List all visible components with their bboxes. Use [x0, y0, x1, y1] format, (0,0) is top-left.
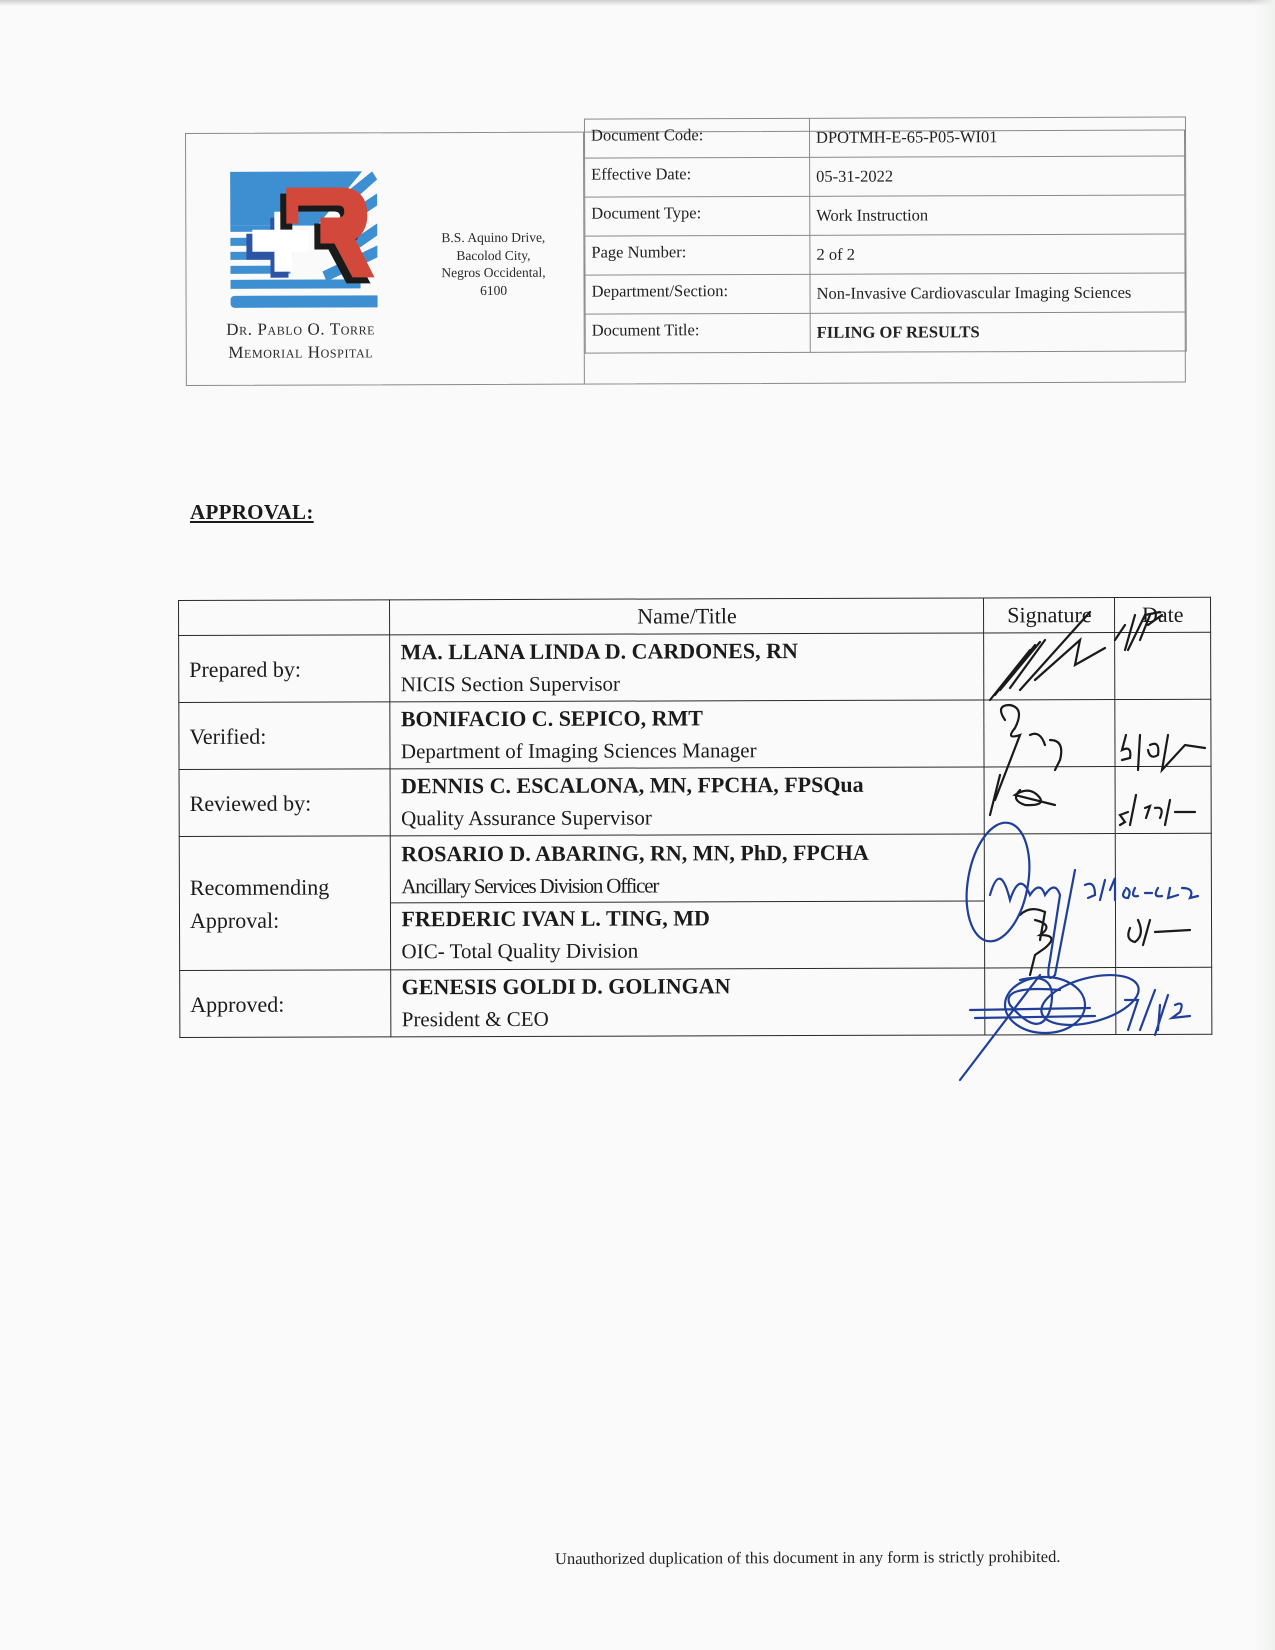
meta-row-document-code: Document Code: DPOTMH-E-65-P05-WI01	[584, 117, 1185, 158]
approval-header-row: Name/Title Signature Date	[179, 597, 1211, 635]
approval-row-recommending: Recommending Approval: ROSARIO D. ABARIN…	[179, 833, 1211, 970]
signatory-name: ROSARIO D. ABARING, RN, MN, PhD, FPCHA	[401, 836, 974, 870]
approval-row-approved: Approved: GENESIS GOLDI D. GOLINGAN Pres…	[180, 967, 1212, 1037]
name-title-cell: DENNIS C. ESCALONA, MN, FPCHA, FPSQua Qu…	[390, 767, 984, 836]
name-title-cell: GENESIS GOLDI D. GOLINGAN President & CE…	[391, 968, 985, 1037]
signatory-name: BONIFACIO C. SEPICO, RMT	[401, 702, 974, 736]
name-title-cell: MA. LLANA LINDA D. CARDONES, RN NICIS Se…	[390, 633, 984, 702]
signatory-title: Quality Assurance Supervisor	[401, 801, 974, 835]
document-header: Dr. Pablo O. Torre Memorial Hospital B.S…	[185, 130, 1186, 386]
meta-label: Document Title:	[585, 313, 810, 353]
meta-label: Department/Section:	[585, 274, 810, 314]
meta-row-document-type: Document Type: Work Instruction	[585, 195, 1186, 236]
hospital-logo-icon	[222, 165, 378, 321]
signatory-name: MA. LLANA LINDA D. CARDONES, RN	[401, 635, 974, 669]
scan-top-shadow	[0, 0, 1275, 6]
approval-table: Name/Title Signature Date Prepared by: M…	[178, 597, 1212, 1038]
hospital-name-line2: Memorial Hospital	[201, 340, 401, 364]
approval-row-reviewed: Reviewed by: DENNIS C. ESCALONA, MN, FPC…	[179, 766, 1211, 836]
meta-label: Effective Date:	[585, 157, 810, 197]
signatory-name: GENESIS GOLDI D. GOLINGAN	[402, 969, 975, 1003]
role-label: Prepared by:	[179, 635, 391, 703]
signature-cell	[984, 700, 1115, 767]
name-title-cell: BONIFACIO C. SEPICO, RMT Department of I…	[390, 700, 984, 769]
meta-label: Document Type:	[585, 196, 810, 236]
meta-label: Document Code:	[584, 118, 809, 158]
signature-cell	[985, 834, 1116, 968]
document-meta-table: Document Code: DPOTMH-E-65-P05-WI01 Effe…	[584, 117, 1187, 354]
logo-cell: Dr. Pablo O. Torre Memorial Hospital B.S…	[186, 133, 585, 385]
role-label: Reviewed by:	[179, 769, 391, 837]
signatory-name: FREDERIC IVAN L. TING, MD	[401, 901, 974, 935]
effective-date-value: 05-31-2022	[810, 156, 1186, 196]
signatory-title: NICIS Section Supervisor	[401, 667, 974, 701]
signatory-title: Department of Imaging Sciences Manager	[401, 734, 974, 768]
meta-row-document-title: Document Title: FILING OF RESULTS	[585, 312, 1186, 353]
address-line: 6100	[409, 281, 579, 299]
column-header-role	[179, 600, 391, 636]
duplication-notice: Unauthorized duplication of this documen…	[555, 1547, 1061, 1569]
name-title-cell: ROSARIO D. ABARING, RN, MN, PhD, FPCHA A…	[391, 834, 985, 970]
date-cell	[1116, 967, 1212, 1034]
department-value: Non-Invasive Cardiovascular Imaging Scie…	[810, 273, 1186, 313]
column-header-name-title: Name/Title	[390, 598, 984, 635]
meta-label: Page Number:	[585, 235, 810, 275]
hospital-name: Dr. Pablo O. Torre Memorial Hospital	[201, 317, 401, 364]
hospital-name-line1: Dr. Pablo O. Torre	[201, 317, 401, 341]
address-line: Negros Occidental,	[408, 264, 578, 282]
address-line: B.S. Aquino Drive,	[408, 229, 578, 247]
meta-row-department: Department/Section: Non-Invasive Cardiov…	[585, 273, 1186, 314]
document-title-value: FILING OF RESULTS	[810, 312, 1186, 352]
address-line: Bacolod City,	[408, 246, 578, 264]
signatory-name: DENNIS C. ESCALONA, MN, FPCHA, FPSQua	[401, 769, 974, 803]
meta-row-page-number: Page Number: 2 of 2	[585, 234, 1186, 275]
signatory-title: OIC- Total Quality Division	[401, 933, 974, 967]
role-label: Recommending Approval:	[179, 836, 391, 971]
scan-right-edge	[1253, 0, 1275, 1650]
date-cell	[1116, 833, 1212, 967]
signature-cell	[984, 767, 1115, 834]
signatory-title: President & CEO	[402, 1001, 975, 1035]
signature-cell	[985, 968, 1116, 1035]
date-cell	[1115, 699, 1211, 766]
meta-row-effective-date: Effective Date: 05-31-2022	[585, 156, 1186, 197]
page-number-value: 2 of 2	[810, 234, 1186, 274]
document-code-value: DPOTMH-E-65-P05-WI01	[809, 117, 1185, 157]
document-type-value: Work Instruction	[810, 195, 1186, 235]
date-cell	[1115, 766, 1211, 833]
date-cell	[1115, 632, 1211, 699]
approval-row-prepared: Prepared by: MA. LLANA LINDA D. CARDONES…	[179, 632, 1211, 702]
approval-row-verified: Verified: BONIFACIO C. SEPICO, RMT Depar…	[179, 699, 1211, 769]
signature-cell	[984, 633, 1115, 700]
column-header-date: Date	[1115, 597, 1211, 632]
column-header-signature: Signature	[984, 598, 1115, 633]
role-label: Verified:	[179, 702, 391, 770]
signatory-title: Ancillary Services Division Officer	[401, 868, 974, 902]
approval-heading: APPROVAL:	[190, 500, 314, 525]
role-label: Approved:	[180, 970, 392, 1038]
hospital-address: B.S. Aquino Drive, Bacolod City, Negros …	[408, 229, 578, 300]
sub-row-divider: FREDERIC IVAN L. TING, MD OIC- Total Qua…	[391, 900, 984, 967]
